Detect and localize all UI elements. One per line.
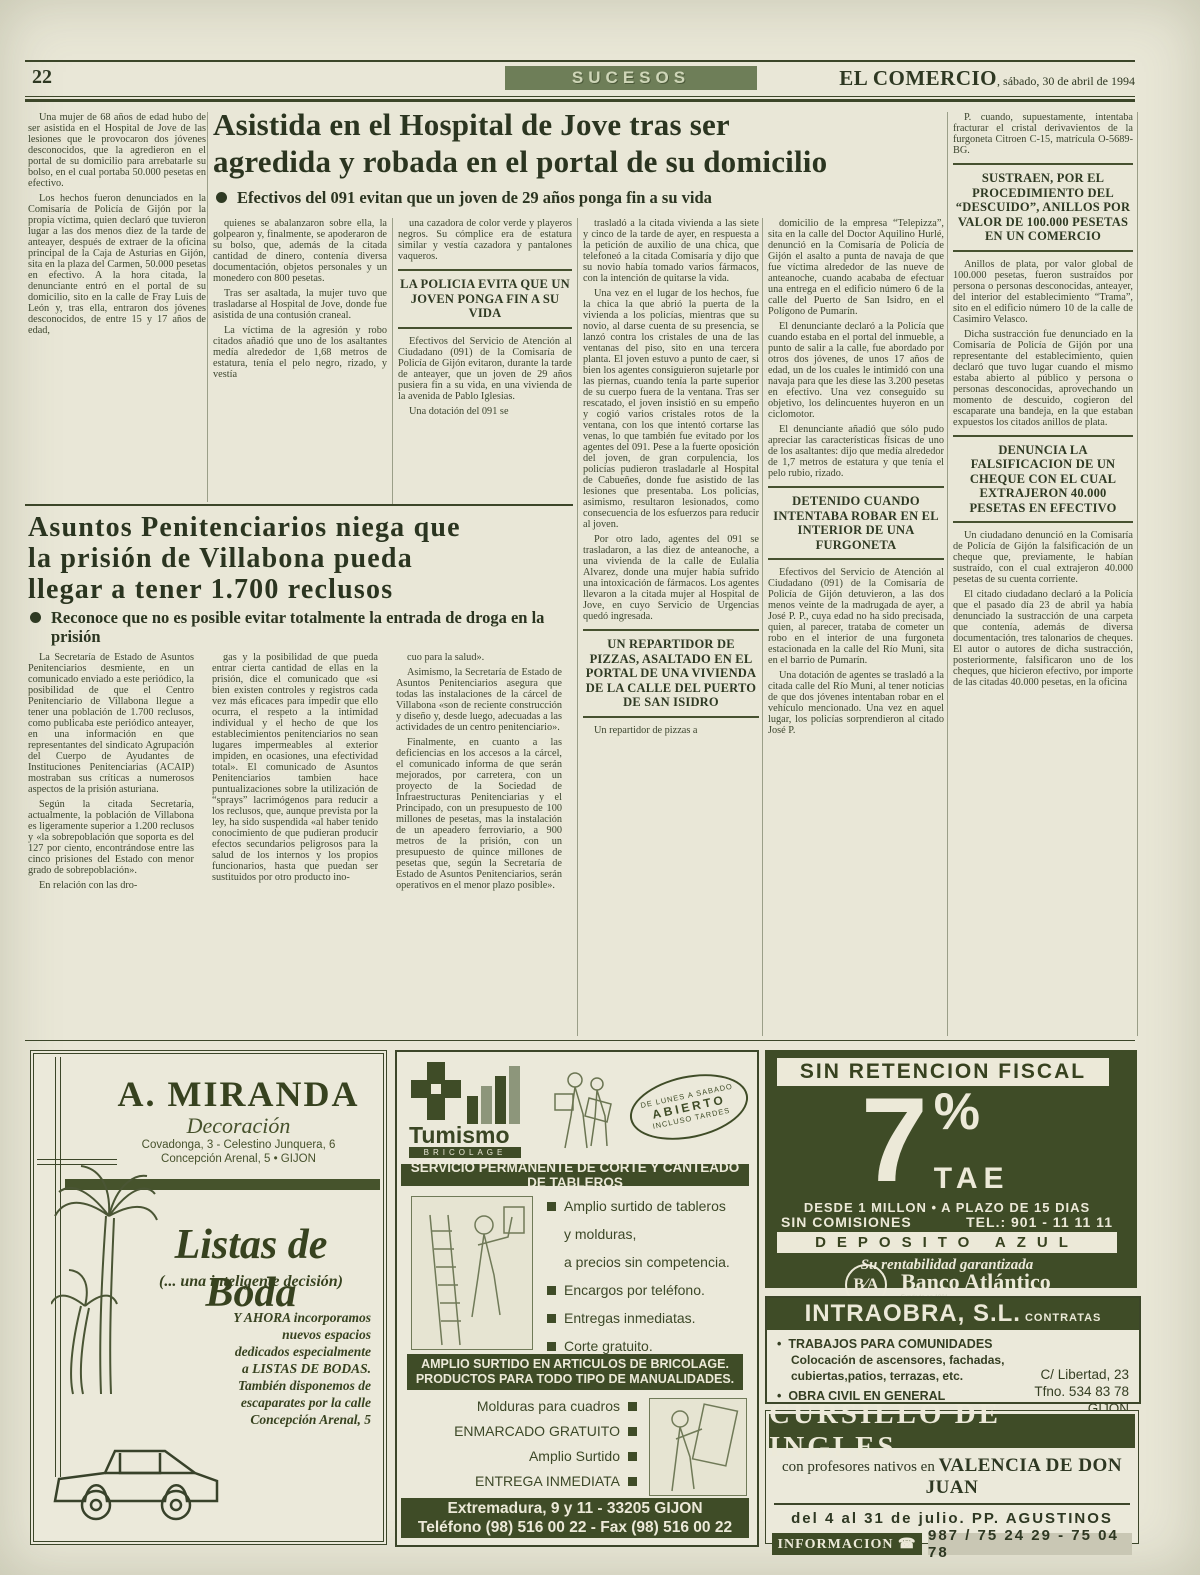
column-rule	[207, 112, 208, 502]
cursillo-footer: INFORMACION ☎ 987 / 75 24 29 - 75 04 78	[772, 1533, 1132, 1555]
list-item: Corte gratuito.	[564, 1338, 653, 1354]
deposito-azul-band: DEPOSITO AZUL	[777, 1232, 1117, 1253]
list-item: ENTREGA INMEDIATA	[475, 1473, 620, 1489]
rate-number: 7	[861, 1090, 928, 1196]
banco-rate: 7 % TAE	[861, 1090, 1010, 1196]
subhead-box-policia: LA POLICIA EVITA QUE UN JOVEN PONGA FIN …	[398, 269, 572, 329]
logo-bar-2	[481, 1086, 492, 1124]
asuntos-col1: La Secretaría de Estado de Asuntos Penit…	[28, 652, 194, 1036]
tumismo-list-2: Molduras para cuadros ENMARCADO GRATUITO…	[407, 1398, 637, 1514]
square-bullet-icon	[547, 1286, 556, 1295]
vintage-car-illustration	[45, 1421, 225, 1533]
subhead-box-denuncia: DENUNCIA LA FALSIFICACION DE UN CHEQUE C…	[953, 435, 1133, 524]
ads-top-rule	[25, 1040, 1135, 1041]
intraobra-subtitle: CONTRATAS	[1025, 1312, 1101, 1324]
column-rule	[392, 218, 393, 504]
list-item: ENMARCADO GRATUITO	[454, 1423, 620, 1439]
lead-col1: quienes se abalanzaron sobre ella, la go…	[213, 218, 387, 504]
footer-phone: Teléfono (98) 516 00 22 - Fax (98) 516 0…	[418, 1518, 732, 1537]
paragraph: Según la citada Secretaría, actualmente,…	[28, 799, 194, 876]
logo-bar-1	[467, 1096, 478, 1124]
banco-phone: TEL.: 901 - 11 11 11	[966, 1214, 1113, 1230]
asuntos-col2: gas y la posibilidad de que pueda entrar…	[212, 652, 378, 1036]
banco-line-2: SIN COMISIONES TEL.: 901 - 11 11 11	[781, 1214, 1113, 1230]
bullet-text: TRABAJOS PARA COMUNIDADES	[788, 1337, 992, 1351]
cursillo-info-label: INFORMACION ☎	[772, 1533, 922, 1555]
asuntos-subhead: Reconoce que no es posible evitar totalm…	[30, 608, 550, 646]
paragraph: En relación con las dro-	[28, 880, 194, 891]
asuntos-headline-line3: llegar a tener 1.700 reclusos	[28, 574, 573, 605]
sin-comisiones: SIN COMISIONES	[781, 1214, 912, 1230]
lead-subhead: Efectivos del 091 evitan que un joven de…	[216, 188, 916, 207]
rate-tae: TAE	[934, 1162, 1010, 1196]
paragraph: Una dotación de agentes se trasladó a la…	[768, 670, 944, 736]
paragraph: una cazadora de color verde y playeros n…	[398, 218, 572, 262]
square-bullet-icon	[628, 1477, 637, 1486]
lead-col3: trasladó a la citada vivienda a las siet…	[583, 218, 759, 1036]
band2-line1: AMPLIO SURTIDO EN ARTICULOS DE BRICOLAGE…	[407, 1357, 743, 1372]
story-mujer-column: Una mujer de 68 años de edad hubo de ser…	[28, 112, 206, 502]
paragraph: El citado ciudadano declaró a la Policía…	[953, 589, 1133, 688]
paragraph: Una dotación del 091 se	[398, 406, 572, 417]
subhead-box-detenido: DETENIDO CUANDO INTENTABA ROBAR EN EL IN…	[768, 486, 944, 560]
newspaper-page: 22 SUCESOS EL COMERCIO, sábado, 30 de ab…	[0, 0, 1200, 1575]
ad-tumismo: Tumismo BRICOLAGE DE LUNES A SABADO ABIE…	[395, 1050, 759, 1547]
bullet-icon	[30, 612, 41, 623]
ad-miranda: A. MIRANDA Decoración Covadonga, 3 - Cel…	[30, 1050, 387, 1545]
header-rule-1	[25, 96, 1135, 97]
list-item: Entregas inmediatas.	[564, 1310, 696, 1326]
band2-line2: PRODUCTOS PARA TODO TIPO DE MANUALIDADES…	[407, 1372, 743, 1387]
list-item: Molduras para cuadros	[477, 1398, 620, 1414]
cursillo-line1-normal: con profesores nativos en	[782, 1459, 939, 1475]
asuntos-top-rule	[25, 504, 573, 506]
miranda-body: Y AHORA incorporamos nuevos espacios ded…	[231, 1309, 371, 1428]
asuntos-subhead-text: Reconoce que no es posible evitar totalm…	[51, 608, 550, 646]
paragraph: Efectivos del Servicio de Atención al Ci…	[398, 336, 572, 402]
lead-subhead-text: Efectivos del 091 evitan que un joven de…	[237, 188, 712, 207]
asuntos-headline: Asuntos Penitenciarios niega que la pris…	[28, 512, 573, 605]
square-bullet-icon	[628, 1427, 637, 1436]
tumismo-list: Amplio surtido de tableros y molduras, a…	[547, 1198, 747, 1354]
intraobra-bullet-1: • TRABAJOS PARA COMUNIDADES	[777, 1336, 1129, 1352]
list-item: Amplio Surtido	[529, 1448, 620, 1464]
cursillo-phone: 987 / 75 24 29 - 75 04 78	[928, 1533, 1132, 1555]
paragraph: La víctima de la agresión y robo citados…	[213, 325, 387, 380]
column-rule	[577, 218, 578, 1036]
tumismo-band-1: SERVICIO PERMANENTE DE CORTE Y CANTEADO …	[401, 1164, 749, 1186]
cursillo-title-band: CURSILLO DE INGLES	[769, 1414, 1135, 1448]
list-item: a precios sin competencia.	[564, 1254, 747, 1270]
tumismo-footer: Extremadura, 9 y 11 - 33205 GIJON Teléfo…	[401, 1498, 749, 1538]
miranda-tagline: (... una inteligente decisión)	[126, 1273, 376, 1291]
paragraph: gas y la posibilidad de que pueda entrar…	[212, 652, 378, 883]
rate-percent: %	[934, 1090, 1010, 1134]
briefs-column: P. cuando, supuestamente, intentaba frac…	[953, 112, 1133, 1036]
page-edge-rule	[1137, 112, 1138, 1036]
cursillo-line-1: con profesores nativos en VALENCIA DE DO…	[766, 1451, 1138, 1501]
square-bullet-icon	[628, 1402, 637, 1411]
lead-headline: Asistida en el Hospital de Jove tras ser…	[213, 106, 948, 180]
cursillo-line1-bold: VALENCIA DE DON JUAN	[926, 1455, 1122, 1498]
miranda-script: Decoración	[101, 1113, 376, 1139]
subhead-box-sustraen: SUSTRAEN, POR EL PROCEDIMIENTO DEL “DESC…	[953, 163, 1133, 252]
logo-checker	[431, 1084, 441, 1094]
carpenter-illustration	[411, 1196, 533, 1350]
paragraph: Un ciudadano denunció en la Comisaría de…	[953, 530, 1133, 585]
asuntos-col3: cuo para la salud». Asimismo, la Secreta…	[396, 652, 562, 1036]
paragraph: cuo para la salud».	[396, 652, 562, 663]
paragraph: Tras ser asaltada, la mujer tuvo que tra…	[213, 288, 387, 321]
square-bullet-icon	[547, 1314, 556, 1323]
asuntos-headline-line1: Asuntos Penitenciarios niega que	[28, 512, 573, 543]
list-item: y molduras,	[564, 1226, 747, 1242]
framer-illustration	[649, 1398, 747, 1496]
square-bullet-icon	[547, 1342, 556, 1351]
list-item: Encargos por teléfono.	[564, 1282, 705, 1298]
masthead-date: , sábado, 30 de abril de 1994	[997, 74, 1135, 88]
banco-name: Banco Atlántico	[901, 1269, 1051, 1295]
banco-top-band: SIN RETENCION FISCAL	[777, 1058, 1109, 1086]
column-rule	[762, 218, 763, 1036]
asuntos-headline-line2: la prisión de Villabona pueda	[28, 543, 573, 574]
banco-line-1: DESDE 1 MILLON • A PLAZO DE 15 DIAS	[777, 1200, 1117, 1215]
intraobra-street: C/ Libertad, 23	[1034, 1366, 1129, 1383]
paragraph: trasladó a la citada vivienda a las siet…	[583, 218, 759, 284]
list-item: Amplio surtido de tableros	[564, 1198, 726, 1214]
section-title: SUCESOS	[572, 68, 690, 88]
paragraph: Una vez en el lugar de los hechos, fue l…	[583, 288, 759, 530]
tumismo-band-2: AMPLIO SURTIDO EN ARTICULOS DE BRICOLAGE…	[407, 1354, 743, 1390]
paragraph: quienes se abalanzaron sobre ella, la go…	[213, 218, 387, 284]
lead-col2: una cazadora de color verde y playeros n…	[398, 218, 572, 504]
lead-col4: domicilio de la empresa “Telepizza”, sit…	[768, 218, 944, 1036]
page-number: 22	[32, 66, 52, 88]
header-rule-2	[25, 99, 1135, 102]
paragraph: P. cuando, supuestamente, intentaba frac…	[953, 112, 1133, 156]
paragraph: El denunciante añadió que sólo pudo apre…	[768, 424, 944, 479]
masthead: EL COMERCIO, sábado, 30 de abril de 1994	[839, 66, 1135, 91]
square-bullet-icon	[547, 1202, 556, 1211]
bullet-icon	[216, 192, 227, 203]
paragraph: Una mujer de 68 años de edad hubo de ser…	[28, 112, 206, 189]
tumismo-sub: BRICOLAGE	[409, 1147, 521, 1158]
paragraph: domicilio de la empresa “Telepizza”, sit…	[768, 218, 944, 317]
ad-cursillo: CURSILLO DE INGLES con profesores nativo…	[765, 1410, 1139, 1544]
column-rule	[947, 112, 948, 1036]
abierto-stamp: DE LUNES A SABADO ABIERTO INCLUSO TARDES	[624, 1064, 754, 1150]
lead-headline-line2: agredida y robada en el portal de su dom…	[213, 143, 948, 180]
masthead-name: EL COMERCIO	[839, 66, 997, 90]
paragraph: Por otro lado, agentes del 091 se trasla…	[583, 534, 759, 622]
tumismo-wordmark: Tumismo	[409, 1122, 510, 1149]
paragraph: Efectivos del Servicio de Atención al Ci…	[768, 567, 944, 666]
logo-bar-3	[495, 1076, 506, 1124]
intraobra-title: INTRAOBRA, S.L.	[805, 1300, 1021, 1328]
subhead-box-repartidor: UN REPARTIDOR DE PIZZAS, ASALTADO EN EL …	[583, 629, 759, 718]
logo-bar-4	[509, 1066, 520, 1124]
square-bullet-icon	[628, 1452, 637, 1461]
paragraph: Un repartidor de pizzas a	[583, 725, 759, 736]
ad-intraobra: INTRAOBRA, S.L. CONTRATAS • TRABAJOS PAR…	[765, 1296, 1141, 1404]
shoppers-illustration	[537, 1064, 627, 1154]
miranda-listas: Listas de Boda	[126, 1221, 376, 1317]
paragraph: Dicha sustracción fue denunciado en la C…	[953, 329, 1133, 428]
footer-address: Extremadura, 9 y 11 - 33205 GIJON	[447, 1499, 702, 1518]
paragraph: Asimismo, la Secretaría de Estado de Asu…	[396, 667, 562, 733]
paragraph: Anillos de plata, por valor global de 10…	[953, 259, 1133, 325]
miranda-title: A. MIRANDA	[101, 1073, 376, 1115]
section-banner: SUCESOS	[505, 66, 757, 90]
paragraph: Los hechos fueron denunciados en la Comi…	[28, 193, 206, 336]
lead-headline-line1: Asistida en el Hospital de Jove tras ser	[213, 106, 948, 143]
header-top-rule	[25, 60, 1135, 62]
paragraph: El denunciante declaró a la Policía que …	[768, 321, 944, 420]
tumismo-logo: Tumismo BRICOLAGE	[409, 1062, 527, 1158]
ad-banco-atlantico: SIN RETENCION FISCAL 7 % TAE DESDE 1 MIL…	[765, 1050, 1137, 1288]
paragraph: La Secretaría de Estado de Asuntos Penit…	[28, 652, 194, 795]
paragraph: Finalmente, en cuanto a las deficiencias…	[396, 737, 562, 891]
intraobra-title-band: INTRAOBRA, S.L. CONTRATAS	[767, 1298, 1139, 1330]
